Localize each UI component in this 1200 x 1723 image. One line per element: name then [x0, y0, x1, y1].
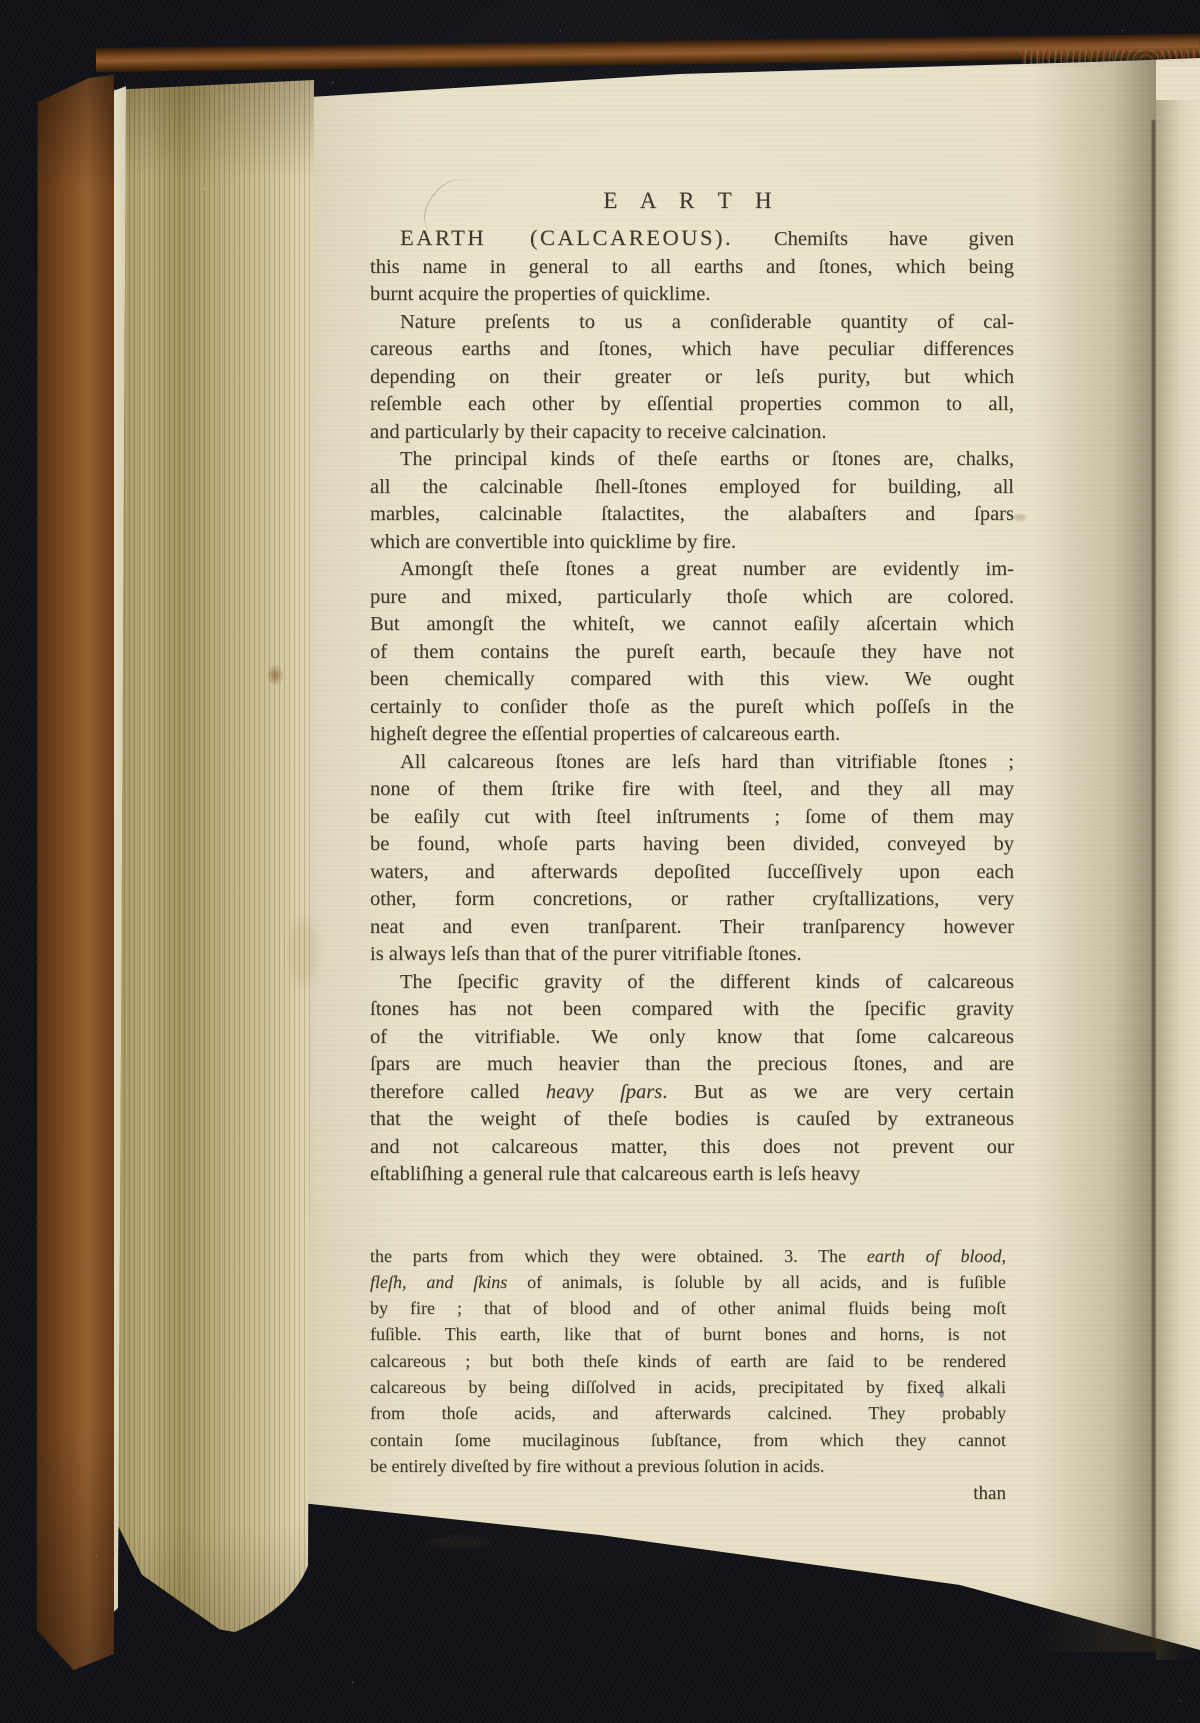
- text-line: other, form concretions, or rather cryſt…: [370, 886, 1014, 914]
- text-line: fleſh, and ſkins of animals, is ſoluble …: [370, 1269, 1006, 1295]
- text-line: and particularly by their capacity to re…: [370, 419, 1014, 447]
- text-line: from thoſe acids, and afterwards calcine…: [370, 1400, 1006, 1426]
- text-line: the parts from which they were obtained.…: [370, 1243, 1006, 1269]
- paragraph: The ſpecific gravity of the different ki…: [370, 969, 1014, 1189]
- paragraph: The principal kinds of theſe earths or ſ…: [370, 446, 1014, 556]
- stain: [1014, 514, 1026, 521]
- text-line: waters, and afterwards depoſited ſucceſſ…: [370, 859, 1014, 887]
- catchword: than: [370, 1483, 1032, 1505]
- gutter-shadow: [1030, 52, 1156, 1652]
- text-line: calcareous ; but both theſe kinds of ear…: [370, 1348, 1006, 1374]
- text-line: EARTH (CALCAREOUS). Chemiſts have given: [370, 224, 1014, 254]
- dust-specks: [0, 0, 1, 1]
- stain: [290, 920, 318, 984]
- text-line: calcareous by being diſſolved in acids, …: [370, 1374, 1006, 1400]
- text-line: reſemble each other by eſſential propert…: [370, 391, 1014, 419]
- text-line: The ſpecific gravity of the different ki…: [370, 969, 1014, 997]
- text-line: careous earths and ſtones, which have pe…: [370, 336, 1014, 364]
- text-line: of the vitrifiable. We only know that ſo…: [370, 1024, 1014, 1052]
- footnote-text: the parts from which they were obtained.…: [370, 1243, 1006, 1480]
- text-line: marbles, calcinable ſtalactites, the ala…: [370, 501, 1014, 529]
- text-line: which are convertible into quicklime by …: [370, 529, 1014, 557]
- text-line: be entirely diveſted by fire without a p…: [370, 1453, 1006, 1479]
- text-line: neat and even tranſparent. Their tranſpa…: [370, 914, 1014, 942]
- text-line: this name in general to all earths and ſ…: [370, 254, 1014, 282]
- text-line: depending on their greater or leſs purit…: [370, 364, 1014, 392]
- entry-heading: EARTH (CALCAREOUS).: [400, 225, 733, 250]
- printed-text-block: E A R T H EARTH (CALCAREOUS). Chemiſts h…: [370, 186, 1014, 1505]
- facing-page-edge: [1156, 100, 1200, 1660]
- text-line: ſtones has not been compared with the ſp…: [370, 996, 1014, 1024]
- text-line: But amongſt the whiteſt, we cannot eaſil…: [370, 611, 1014, 639]
- paragraph: EARTH (CALCAREOUS). Chemiſts have givent…: [370, 224, 1014, 309]
- text-line: certainly to conſider thoſe as the pureſ…: [370, 694, 1014, 722]
- text-line: Nature preſents to us a conſiderable qua…: [370, 309, 1014, 337]
- running-head: E A R T H: [370, 186, 1014, 216]
- page-stack-fore-edge: [104, 80, 314, 1645]
- stain: [428, 1536, 492, 1548]
- text-line: be found, whoſe parts having been divide…: [370, 831, 1014, 859]
- paragraph: All calcareous ſtones are leſs hard than…: [370, 749, 1014, 969]
- paragraph: Nature preſents to us a conſiderable qua…: [370, 309, 1014, 447]
- text-line: burnt acquire the properties of quicklim…: [370, 281, 1014, 309]
- text-line: The principal kinds of theſe earths or ſ…: [370, 446, 1014, 474]
- text-line: therefore called heavy ſpars. But as we …: [370, 1079, 1014, 1107]
- body-text: EARTH (CALCAREOUS). Chemiſts have givent…: [370, 224, 1014, 1189]
- text-line: all the calcinable ſhell-ſtones employed…: [370, 474, 1014, 502]
- text-line: been chemically compared with this view.…: [370, 666, 1014, 694]
- text-line: ſpars are much heavier than the precious…: [370, 1051, 1014, 1079]
- text-line: pure and mixed, particularly thoſe which…: [370, 584, 1014, 612]
- text-line: eſtabliſhing a general rule that calcare…: [370, 1161, 1014, 1189]
- text-line: contain ſome mucilaginous ſubſtance, fro…: [370, 1427, 1006, 1453]
- text-line: Amongſt theſe ſtones a great number are …: [370, 556, 1014, 584]
- text-line: higheſt degree the eſſential properties …: [370, 721, 1014, 749]
- text-line: by fire ; that of blood and of other ani…: [370, 1295, 1006, 1321]
- text-line: that the weight of theſe bodies is cauſe…: [370, 1106, 1014, 1134]
- text-line: none of them ſtrike fire with ſteel, and…: [370, 776, 1014, 804]
- text-line: fuſible. This earth, like that of burnt …: [370, 1321, 1006, 1347]
- stain: [266, 664, 284, 686]
- text-line: be eaſily cut with ſteel inſtruments ; ſ…: [370, 804, 1014, 832]
- text-line: and not calcareous matter, this does not…: [370, 1134, 1014, 1162]
- text-line: is always leſs than that of the purer vi…: [370, 941, 1014, 969]
- paragraph: Amongſt theſe ſtones a great number are …: [370, 556, 1014, 749]
- text-line: of them contains the pureſt earth, becau…: [370, 639, 1014, 667]
- leather-cover-spine: [30, 70, 114, 1670]
- text-line: All calcareous ſtones are leſs hard than…: [370, 749, 1014, 777]
